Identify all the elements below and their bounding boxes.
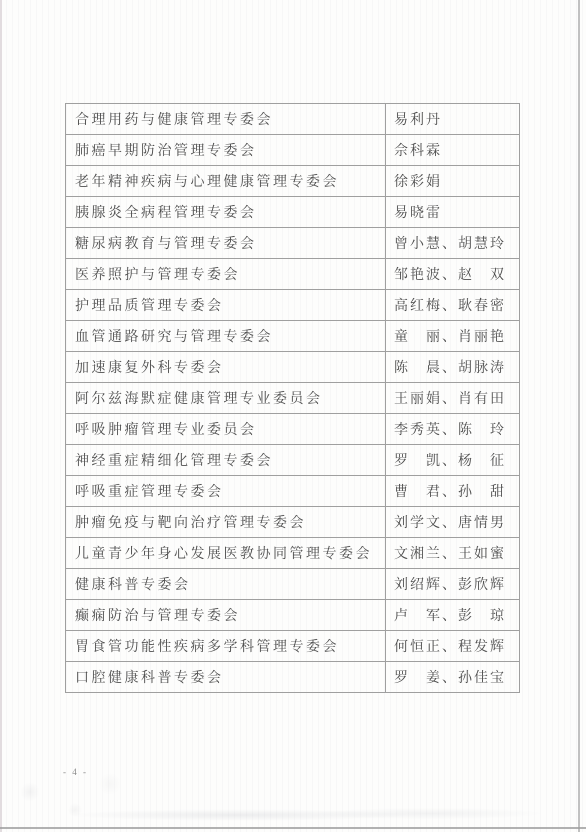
director-names-cell: 王丽娟、肖有田: [386, 383, 520, 414]
table-row: 医养照护与管理专委会邹艳波、赵 双: [66, 259, 520, 290]
table-row: 口腔健康科普专委会罗 姜、孙佳宝: [66, 662, 520, 693]
director-names-cell: 文湘兰、王如蜜: [386, 538, 520, 569]
committee-table: 合理用药与健康管理专委会易利丹肺癌早期防治管理专委会佘科霖老年精神疾病与心理健康…: [65, 103, 520, 693]
committee-name-cell: 癫痫防治与管理专委会: [66, 600, 386, 631]
committee-name-cell: 健康科普专委会: [66, 569, 386, 600]
director-names-cell: 刘绍辉、彭欣辉: [386, 569, 520, 600]
table-row: 老年精神疾病与心理健康管理专委会徐彩娟: [66, 166, 520, 197]
committee-name-cell: 肺癌早期防治管理专委会: [66, 135, 386, 166]
committee-name-cell: 护理品质管理专委会: [66, 290, 386, 321]
committee-name-cell: 血管通路研究与管理专委会: [66, 321, 386, 352]
table-row: 儿童青少年身心发展医教协同管理专委会文湘兰、王如蜜: [66, 538, 520, 569]
committee-table-body: 合理用药与健康管理专委会易利丹肺癌早期防治管理专委会佘科霖老年精神疾病与心理健康…: [66, 104, 520, 693]
table-row: 神经重症精细化管理专委会罗 凯、杨 征: [66, 445, 520, 476]
table-row: 阿尔兹海默症健康管理专业委员会王丽娟、肖有田: [66, 383, 520, 414]
scan-left-edge: [0, 0, 2, 832]
committee-name-cell: 肿瘤免疫与靶向治疗管理专委会: [66, 507, 386, 538]
table-row: 呼吸重症管理专委会曹 君、孙 甜: [66, 476, 520, 507]
committee-name-cell: 糖尿病教育与管理专委会: [66, 228, 386, 259]
committee-name-cell: 阿尔兹海默症健康管理专业委员会: [66, 383, 386, 414]
table-row: 血管通路研究与管理专委会童 丽、肖丽艳: [66, 321, 520, 352]
director-names-cell: 罗 凯、杨 征: [386, 445, 520, 476]
director-names-cell: 佘科霖: [386, 135, 520, 166]
director-names-cell: 易晓雷: [386, 197, 520, 228]
table-row: 肿瘤免疫与靶向治疗管理专委会刘学文、唐情男: [66, 507, 520, 538]
director-names-cell: 曹 君、孙 甜: [386, 476, 520, 507]
scanned-document-page: 合理用药与健康管理专委会易利丹肺癌早期防治管理专委会佘科霖老年精神疾病与心理健康…: [0, 0, 586, 832]
committee-name-cell: 儿童青少年身心发展医教协同管理专委会: [66, 538, 386, 569]
director-names-cell: 卢 军、彭 琼: [386, 600, 520, 631]
director-names-cell: 徐彩娟: [386, 166, 520, 197]
table-row: 加速康复外科专委会陈 晨、胡脉涛: [66, 352, 520, 383]
table-row: 胃食管功能性疾病多学科管理专委会何恒正、程发辉: [66, 631, 520, 662]
table-row: 护理品质管理专委会高红梅、耿春密: [66, 290, 520, 321]
director-names-cell: 何恒正、程发辉: [386, 631, 520, 662]
director-names-cell: 邹艳波、赵 双: [386, 259, 520, 290]
committee-name-cell: 口腔健康科普专委会: [66, 662, 386, 693]
table-row: 健康科普专委会刘绍辉、彭欣辉: [66, 569, 520, 600]
table-row: 胰腺炎全病程管理专委会易晓雷: [66, 197, 520, 228]
table-row: 肺癌早期防治管理专委会佘科霖: [66, 135, 520, 166]
director-names-cell: 高红梅、耿春密: [386, 290, 520, 321]
committee-name-cell: 加速康复外科专委会: [66, 352, 386, 383]
committee-name-cell: 胰腺炎全病程管理专委会: [66, 197, 386, 228]
committee-name-cell: 老年精神疾病与心理健康管理专委会: [66, 166, 386, 197]
director-names-cell: 易利丹: [386, 104, 520, 135]
table-row: 呼吸肿瘤管理专业委员会李秀英、陈 玲: [66, 414, 520, 445]
director-names-cell: 刘学文、唐情男: [386, 507, 520, 538]
committee-name-cell: 胃食管功能性疾病多学科管理专委会: [66, 631, 386, 662]
table-row: 糖尿病教育与管理专委会曾小慧、胡慧玲: [66, 228, 520, 259]
committee-name-cell: 医养照护与管理专委会: [66, 259, 386, 290]
director-names-cell: 李秀英、陈 玲: [386, 414, 520, 445]
director-names-cell: 罗 姜、孙佳宝: [386, 662, 520, 693]
table-row: 癫痫防治与管理专委会卢 军、彭 琼: [66, 600, 520, 631]
page-number: - 4 -: [63, 767, 88, 777]
table-row: 合理用药与健康管理专委会易利丹: [66, 104, 520, 135]
director-names-cell: 曾小慧、胡慧玲: [386, 228, 520, 259]
committee-name-cell: 合理用药与健康管理专委会: [66, 104, 386, 135]
scan-right-edge: [578, 0, 580, 832]
committee-name-cell: 呼吸肿瘤管理专业委员会: [66, 414, 386, 445]
director-names-cell: 陈 晨、胡脉涛: [386, 352, 520, 383]
committee-name-cell: 呼吸重症管理专委会: [66, 476, 386, 507]
director-names-cell: 童 丽、肖丽艳: [386, 321, 520, 352]
committee-name-cell: 神经重症精细化管理专委会: [66, 445, 386, 476]
